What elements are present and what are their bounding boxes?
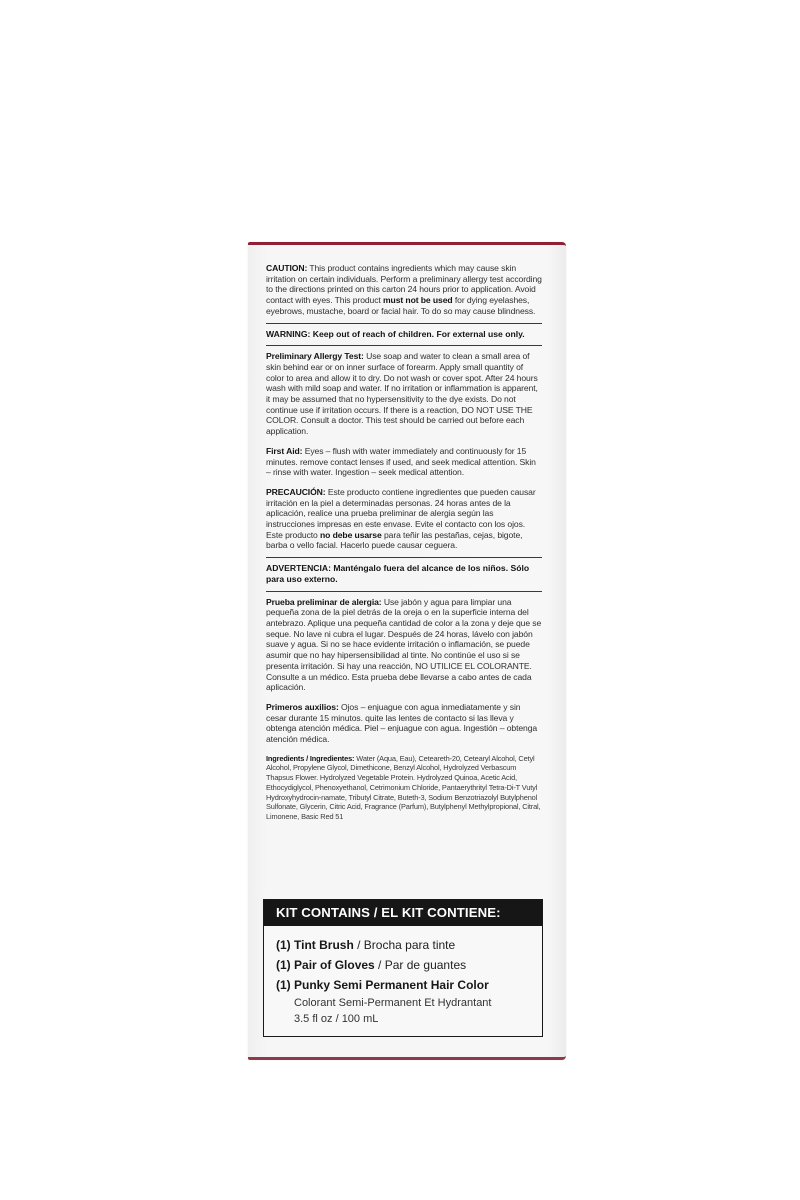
- warning-line: WARNING: Keep out of reach of children. …: [266, 329, 542, 340]
- first-aid-paragraph: First Aid: Eyes – flush with water immed…: [266, 446, 542, 478]
- precaucion-paragraph: PRECAUCIÓN: Este producto contiene ingre…: [266, 487, 542, 551]
- kit-item-hair-color-subtitle: Colorant Semi-Permanent Et Hydrantant: [276, 995, 542, 1011]
- caution-paragraph: CAUTION: This product contains ingredien…: [266, 263, 542, 317]
- kit-list: (1) Tint Brush / Brocha para tinte (1) P…: [264, 926, 542, 1027]
- kit-item-gloves: (1) Pair of Gloves / Par de guantes: [276, 955, 542, 975]
- caution-label: CAUTION:: [266, 263, 307, 273]
- product-box-side-panel: CAUTION: This product contains ingredien…: [248, 242, 566, 1060]
- kit-header: KIT CONTAINS / EL KIT CONTIENE:: [264, 900, 542, 926]
- kit-contents-box: KIT CONTAINS / EL KIT CONTIENE: (1) Tint…: [263, 899, 543, 1037]
- ingredients-list: Ingredients / Ingredientes: Water (Aqua,…: [266, 754, 542, 822]
- divider: [266, 591, 542, 592]
- kit-item-tint-brush: (1) Tint Brush / Brocha para tinte: [276, 935, 542, 955]
- advertencia-line: ADVERTENCIA: Manténgalo fuera del alcanc…: [266, 563, 542, 584]
- divider: [266, 323, 542, 324]
- allergy-test-paragraph: Preliminary Allergy Test: Use soap and w…: [266, 351, 542, 437]
- label-text-area: CAUTION: This product contains ingredien…: [266, 263, 542, 822]
- kit-item-hair-color-volume: 3.5 fl oz / 100 mL: [276, 1011, 542, 1027]
- prueba-paragraph: Prueba preliminar de alergia: Use jabón …: [266, 597, 542, 693]
- divider: [266, 345, 542, 346]
- kit-item-hair-color: (1) Punky Semi Permanent Hair Color: [276, 975, 542, 995]
- primeros-auxilios-paragraph: Primeros auxilios: Ojos – enjuague con a…: [266, 702, 542, 745]
- divider: [266, 557, 542, 558]
